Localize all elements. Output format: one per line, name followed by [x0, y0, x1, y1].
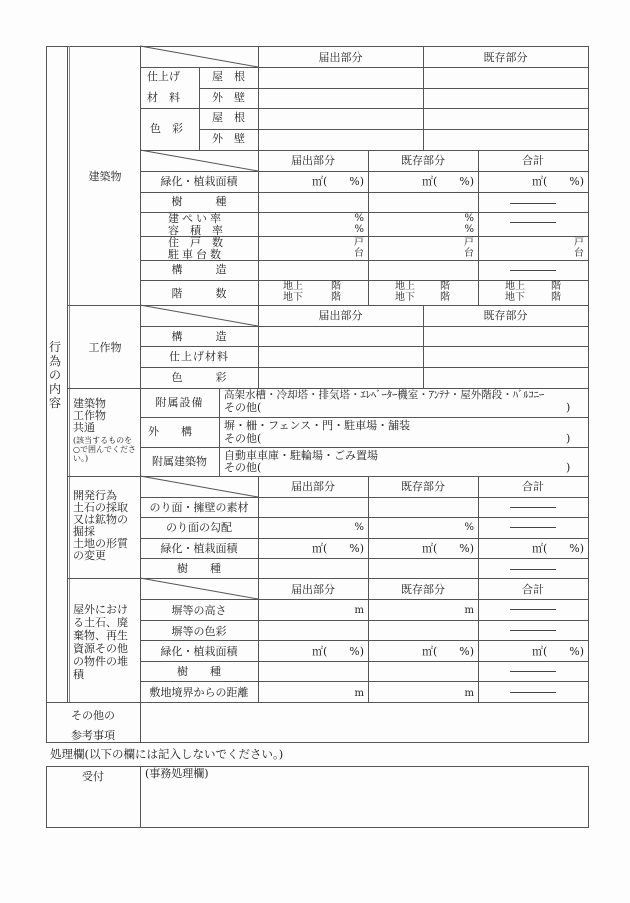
color-roof-label: 屋 根 — [199, 111, 258, 124]
common-note: (該当するものを○で囲んでください。) — [73, 436, 137, 463]
processing-heading: 処理欄(以下の欄には記入しないでください。) — [50, 748, 283, 761]
header-existing: 既存部分 — [423, 51, 588, 64]
greening-label: 緑化・植栽面積 — [140, 175, 258, 188]
slope-gradient-label: のり面の勾配 — [140, 521, 258, 534]
obj-structure-label: 構 造 — [140, 330, 258, 343]
color-wall-existing-input[interactable] — [424, 130, 588, 150]
finish-wall-notified-input[interactable] — [259, 89, 422, 108]
finish-roof-label: 屋 根 — [199, 70, 258, 83]
common-label: 建築物 工作物 共通 — [73, 398, 106, 434]
color-roof-existing-input[interactable] — [424, 109, 588, 129]
color-wall-notified-input[interactable] — [259, 130, 422, 150]
diagonal-header-cell — [140, 46, 258, 67]
storage-greening-label: 緑化・植栽面積 — [140, 645, 258, 658]
finish-wall-existing-input[interactable] — [424, 89, 588, 108]
common-row-label: 外 構 — [148, 425, 214, 438]
color-roof-notified-input[interactable] — [259, 109, 422, 129]
dev-species-label: 樹 種 — [140, 562, 258, 575]
storage-label: 屋外におけ る土石、廃 棄物、再生 資源その他 の物件の堆 積 — [73, 603, 128, 681]
finish-roof-existing-input[interactable] — [424, 68, 588, 88]
header-existing: 既存部分 — [368, 154, 478, 167]
obj-finish-label: 仕上げ材料 — [140, 350, 258, 363]
office-use-label: (事務処理欄) — [145, 767, 209, 780]
color-label: 色 彩 — [150, 122, 183, 135]
other-notes-input[interactable] — [141, 703, 588, 742]
building-label: 建築物 — [70, 170, 140, 183]
structure-label: 構 造 — [140, 263, 258, 276]
fence-height-label: 塀等の高さ — [140, 604, 258, 617]
dev-greening-label: 緑化・植栽面積 — [140, 542, 258, 555]
species-label: 樹 種 — [140, 195, 258, 208]
development-label: 開発行為 土石の採取 又は鉱物の 掘採 土地の形質 の変更 — [73, 490, 128, 562]
finish-wall-label: 外 壁 — [199, 91, 258, 104]
equipment-options[interactable]: 高架水槽・冷却塔・排気塔・ｴﾚﾍﾞｰﾀｰ機室・ｱﾝﾃﾅ・屋外階段・ﾊﾞﾙｺﾆｰ — [224, 389, 544, 402]
storage-species-label: 樹 種 — [140, 665, 258, 678]
exterior-options[interactable]: 塀・柵・フェンス・門・駐車場・舗装 — [224, 419, 410, 432]
common-row-label: 附属設備 — [140, 396, 219, 409]
fence-color-label: 塀等の色彩 — [140, 625, 258, 638]
header-notified: 届出部分 — [258, 51, 423, 64]
reception-label: 受付 — [46, 770, 140, 783]
structure-obj-label: 工作物 — [70, 341, 140, 354]
obj-color-label: 色 彩 — [140, 371, 258, 384]
header-total: 合計 — [478, 154, 588, 167]
floors-label: 階 数 — [140, 287, 258, 300]
color-wall-label: 外 壁 — [199, 132, 258, 145]
slope-material-label: のり面・擁壁の素材 — [140, 501, 258, 514]
finish-material-label: 仕上げ — [147, 70, 180, 83]
section-divider — [67, 46, 68, 702]
header-notified: 届出部分 — [258, 154, 368, 167]
boundary-distance-label: 敷地境界からの距離 — [140, 686, 258, 699]
other-notes-label: その他の 参考事項 — [46, 706, 140, 746]
finish-roof-notified-input[interactable] — [259, 68, 422, 88]
section-label: 行為の内容 — [49, 340, 63, 410]
common-row-label: 附属建築物 — [140, 455, 219, 468]
